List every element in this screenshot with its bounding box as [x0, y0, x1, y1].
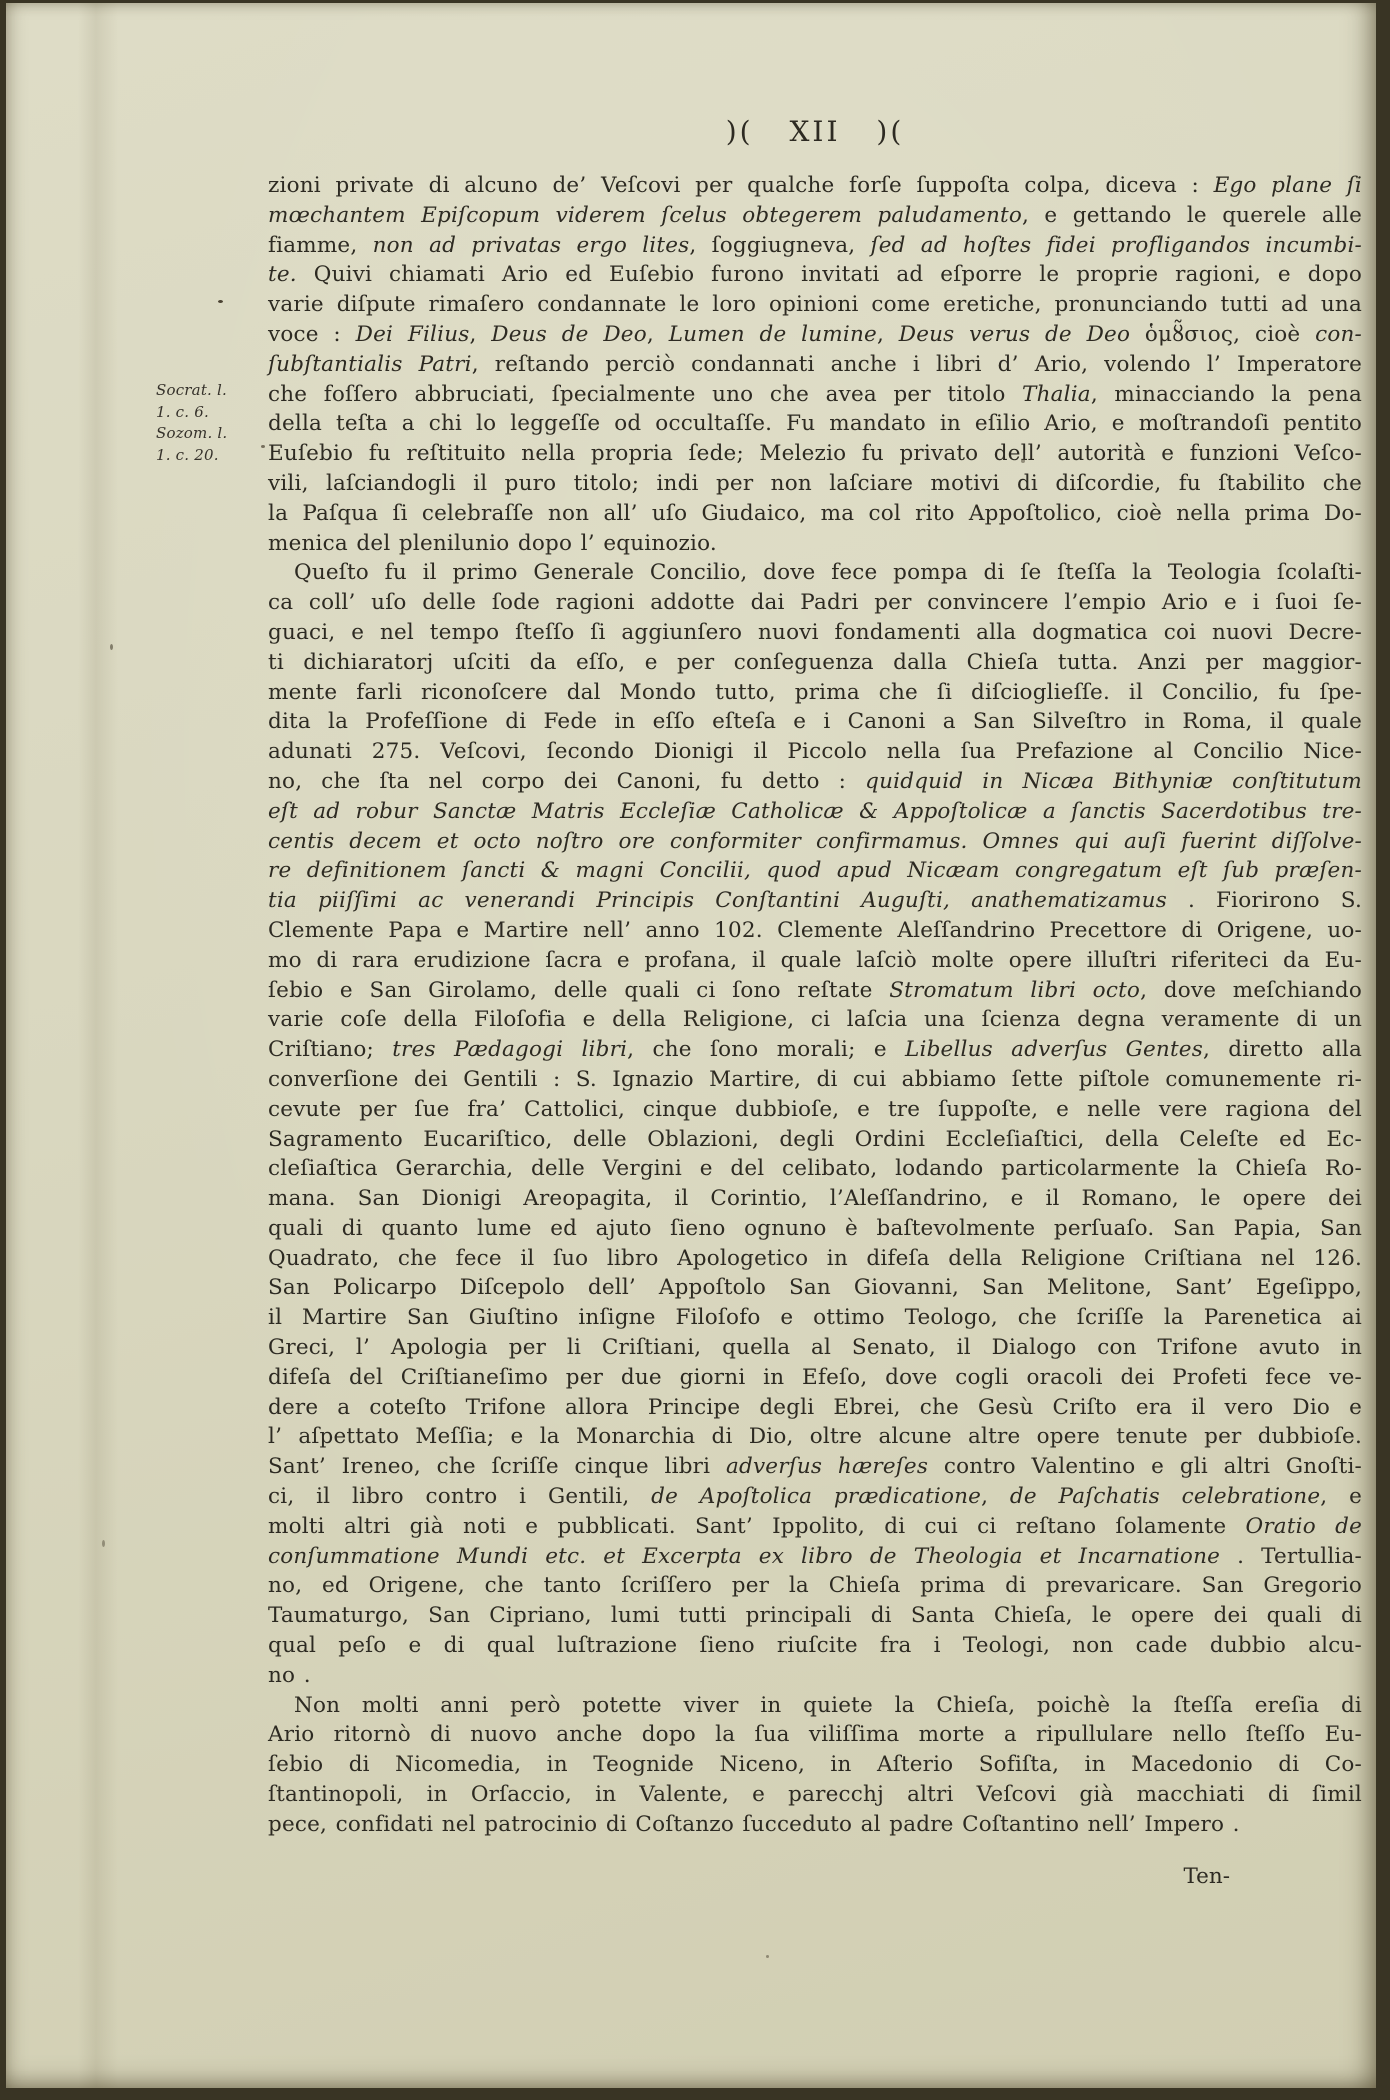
text-line: Criſtiano; tres Pædagogi libri, che ſono… [268, 1035, 1362, 1065]
text-run: no . [268, 1663, 311, 1688]
margin-note-line: Socrat. l. [156, 380, 268, 402]
italic-text-run: de Apoſtolica prædicatione [651, 1484, 981, 1509]
text-run: . Tertullia- [1220, 1544, 1362, 1569]
italic-text-run: ſubſtantialis Patri [268, 352, 472, 377]
italic-text-run: adverſus hæreſes [726, 1454, 928, 1479]
margin-note-line: 1. c. 6. [156, 402, 268, 424]
text-run: , minacciando la pena [1091, 382, 1362, 407]
text-run: ci, il libro contro i Gentili, [268, 1484, 651, 1509]
text-line: l’ aſpettato Meſſia; e la Monarchia di D… [268, 1422, 1362, 1452]
italic-text-run: Oratio de [1246, 1514, 1363, 1539]
text-line: della teſta a chi lo leggeſſe od occulta… [268, 409, 1362, 439]
text-line: vili, laſciandogli il puro titolo; indi … [268, 469, 1362, 499]
italic-text-run: Dei Filius [356, 322, 470, 347]
text-line: Euſebio fu reſtituito nella propria ſede… [268, 439, 1362, 469]
text-run: converſione dei Gentili : S. Ignazio Mar… [268, 1067, 1362, 1092]
text-line: cevute per ſue fra’ Cattolici, cinque du… [268, 1095, 1362, 1125]
text-run: mente farli riconoſcere dal Mondo tutto,… [268, 680, 1362, 705]
text-run: varie diſpute rimaſero condannate le lor… [268, 292, 1362, 317]
text-run: Taumaturgo, San Cipriano, lumi tutti pri… [268, 1603, 1362, 1628]
text-line: Sagramento Eucariſtico, delle Oblazioni,… [268, 1125, 1362, 1155]
text-run: dere a coteſto Trifone allora Principe d… [268, 1395, 1362, 1420]
text-run: adunati 275. Veſcovi, ſecondo Dionigi il… [268, 739, 1362, 764]
text-line: difeſa del Criſtianeſimo per due giorni … [268, 1363, 1362, 1393]
page-gutter-shadow [78, 3, 118, 2088]
ink-speck [110, 644, 113, 650]
text-run: dita la Profeſſione di Fede in eſſo eſte… [268, 709, 1362, 734]
text-run: Non molti anni però potette viver in qui… [294, 1693, 1362, 1718]
text-run: della teſta a chi lo leggeſſe od occulta… [268, 411, 1362, 436]
text-line: ſtantinopoli, in Orſaccio, in Valente, e… [268, 1780, 1362, 1810]
text-run: il Martire San Giuſtino inſigne Filoſofo… [268, 1305, 1362, 1330]
italic-text-run: conſummatione Mundi etc. et Excerpta ex … [268, 1544, 1220, 1569]
text-line: varie coſe della Filoſofia e della Relig… [268, 1005, 1362, 1035]
text-line: conſummatione Mundi etc. et Excerpta ex … [268, 1542, 1362, 1572]
text-run: l’ aſpettato Meſſia; e la Monarchia di D… [268, 1424, 1362, 1449]
text-line: guaci, e nel tempo ſteſſo ſi aggiunſero … [268, 618, 1362, 648]
text-line: mo di rara erudizione ſacra e profana, i… [268, 946, 1362, 976]
text-line: ti dichiaratorj uſciti da eſſo, e per co… [268, 648, 1362, 678]
text-run: voce : [268, 322, 356, 347]
italic-text-run: te. [268, 262, 297, 287]
text-line: no, ed Origene, che tanto ſcriſſero per … [268, 1571, 1362, 1601]
text-line: Taumaturgo, San Cipriano, lumi tutti pri… [268, 1601, 1362, 1631]
text-line: Ario ritornò di nuovo anche dopo la ſua … [268, 1720, 1362, 1750]
text-run: ſebio e San Girolamo, delle quali ci ſon… [268, 978, 889, 1003]
text-line: Queſto fu il primo Generale Concilio, do… [268, 558, 1362, 588]
text-line: quali di quanto lume ed ajuto ſieno ognu… [268, 1214, 1362, 1244]
text-run: , e [1320, 1484, 1362, 1509]
text-line: no . [268, 1661, 1362, 1691]
text-run: Ario ritornò di nuovo anche dopo la ſua … [268, 1722, 1362, 1747]
text-line: mente farli riconoſcere dal Mondo tutto,… [268, 678, 1362, 708]
text-run: pece, confidati nel patrocinio di Coſtan… [268, 1812, 1240, 1837]
text-line: Clemente Papa e Martire nell’ anno 102. … [268, 916, 1362, 946]
text-line: la Paſqua ſi celebraſſe non all’ uſo Giu… [268, 499, 1362, 529]
text-run: difeſa del Criſtianeſimo per due giorni … [268, 1365, 1362, 1390]
text-line: cleſiaſtica Gerarchia, delle Vergini e d… [268, 1154, 1362, 1184]
catchword: Ten- [268, 1864, 1362, 1889]
italic-text-run: Lumen de lumine [669, 322, 877, 347]
italic-text-run: Deus verus de Deo [899, 322, 1130, 347]
text-line: Greci, l’ Apologia per li Criſtiani, que… [268, 1333, 1362, 1363]
text-run: . Fiorirono S. [1167, 888, 1362, 913]
text-run: fiamme, [268, 233, 373, 258]
text-run: , che ſono morali; e [627, 1037, 905, 1062]
text-run: , dove meſchiando [1140, 978, 1362, 1003]
text-line: centis decem et octo noſtro ore conformi… [268, 827, 1362, 857]
text-run: , e gettando le querele alle [1022, 203, 1362, 228]
text-run: Quadrato, che fece il ſuo libro Apologet… [268, 1246, 1362, 1271]
italic-text-run: non ad privatas ergo lites [373, 233, 690, 258]
text-run: cevute per ſue fra’ Cattolici, cinque du… [268, 1097, 1362, 1122]
text-run: , [877, 322, 899, 347]
text-line: zioni private di alcuno de’ Veſcovi per … [268, 171, 1362, 201]
text-line: Sant’ Ireneo, che ſcriſſe cinque libri a… [268, 1452, 1362, 1482]
italic-text-run: mœchantem Epiſcopum viderem ſcelus obteg… [268, 203, 1022, 228]
text-line: Quadrato, che fece il ſuo libro Apologet… [268, 1244, 1362, 1274]
text-run: Queſto fu il primo Generale Concilio, do… [294, 560, 1362, 585]
text-line: San Policarpo Diſcepolo dell’ Appoſtolo … [268, 1273, 1362, 1303]
text-run: ὁμȣ̃σιος, cioè [1130, 322, 1315, 347]
text-run: varie coſe della Filoſofia e della Relig… [268, 1007, 1362, 1032]
italic-text-run: quidquid in Nicæa Bithyniæ conſtitutum [865, 769, 1362, 794]
italic-text-run: Stromatum libri octo [889, 978, 1140, 1003]
text-line: te. Quivi chiamati Ario ed Euſebio furon… [268, 260, 1362, 290]
text-line: ci, il libro contro i Gentili, de Apoſto… [268, 1482, 1362, 1512]
text-line: Non molti anni però potette viver in qui… [268, 1691, 1362, 1721]
main-text-block: zioni private di alcuno de’ Veſcovi per … [268, 171, 1362, 1840]
text-line: mana. San Dionigi Areopagita, il Corinti… [268, 1184, 1362, 1214]
text-line: adunati 275. Veſcovi, ſecondo Dionigi il… [268, 737, 1362, 767]
ink-speck [766, 1955, 769, 1958]
text-run: Criſtiano; [268, 1037, 392, 1062]
margin-citation-notes: Socrat. l. 1. c. 6. Sozom. l. 1. c. 20. [156, 380, 268, 466]
text-run: , ſoggiugneva, [689, 233, 870, 258]
italic-text-run: de Paſchatis celebratione [1010, 1484, 1320, 1509]
text-run: Sant’ Ireneo, che ſcriſſe cinque libri [268, 1454, 726, 1479]
text-line: mœchantem Epiſcopum viderem ſcelus obteg… [268, 201, 1362, 231]
italic-text-run: eſt ad robur Sanctæ Matris Eccleſiæ Cath… [268, 799, 1362, 824]
text-line: ſebio di Nicomedia, in Teognide Niceno, … [268, 1750, 1362, 1780]
margin-note-line: Sozom. l. [156, 423, 268, 445]
italic-text-run: Libellus adverſus Gentes [905, 1037, 1203, 1062]
text-run: mana. San Dionigi Areopagita, il Corinti… [268, 1186, 1362, 1211]
text-line: fiamme, non ad privatas ergo lites, ſogg… [268, 231, 1362, 261]
text-line: tia piiſſimi ac venerandi Principis Conſ… [268, 886, 1362, 916]
ink-speck [102, 1540, 105, 1547]
text-run: molti altri già noti e pubblicati. Sant’… [268, 1514, 1246, 1539]
italic-text-run: Thalia [1022, 382, 1091, 407]
scanned-book-page: { "page": { "header": ")( XII )(", "catc… [0, 0, 1390, 2100]
text-line: voce : Dei Filius, Deus de Deo, Lumen de… [268, 320, 1362, 350]
text-line: varie diſpute rimaſero condannate le lor… [268, 290, 1362, 320]
italic-text-run: ſed ad hoſtes fidei profligandos incumbi… [871, 233, 1362, 258]
italic-text-run: Deus de Deo [491, 322, 647, 347]
page-number-header: )( XII )( [268, 115, 1362, 148]
text-run: Clemente Papa e Martire nell’ anno 102. … [268, 918, 1362, 943]
italic-text-run: re definitionem ſancti & magni Concilii,… [268, 858, 1362, 883]
text-line: qual peſo e di qual luſtrazione ſieno ri… [268, 1631, 1362, 1661]
text-run: la Paſqua ſi celebraſſe non all’ uſo Giu… [268, 501, 1362, 526]
text-run: , [469, 322, 491, 347]
italic-text-run: tia piiſſimi ac venerandi Principis Conſ… [268, 888, 1167, 913]
text-run: zioni private di alcuno de’ Veſcovi per … [268, 173, 1214, 198]
paragraph: Non molti anni però potette viver in qui… [268, 1691, 1362, 1840]
text-line: ſubſtantialis Patri, reſtando perciò con… [268, 350, 1362, 380]
text-line: menica del plenilunio dopo l’ equinozio. [268, 529, 1362, 559]
ink-speck [218, 300, 223, 303]
book-page: )( XII )( Socrat. l. 1. c. 6. Sozom. l. … [6, 3, 1376, 2088]
text-run: contro Valentino e gli altri Gnoſti- [928, 1454, 1362, 1479]
text-run: , reſtando perciò condannati anche i lib… [472, 352, 1362, 377]
text-run: no, ed Origene, che tanto ſcriſſero per … [268, 1573, 1362, 1598]
text-run: quali di quanto lume ed ajuto ſieno ognu… [268, 1216, 1362, 1241]
text-line: ca coll’ uſo delle ſode ragioni addotte … [268, 588, 1362, 618]
text-run: ſebio di Nicomedia, in Teognide Niceno, … [268, 1752, 1362, 1777]
text-run: Sagramento Eucariſtico, delle Oblazioni,… [268, 1127, 1362, 1152]
italic-text-run: con- [1315, 322, 1362, 347]
text-run: cleſiaſtica Gerarchia, delle Vergini e d… [268, 1156, 1362, 1181]
paragraph: zioni private di alcuno de’ Veſcovi per … [268, 171, 1362, 558]
text-run: , [647, 322, 669, 347]
text-line: ſebio e San Girolamo, delle quali ci ſon… [268, 976, 1362, 1006]
text-run: che foſſero abbruciati, ſpecialmente uno… [268, 382, 1022, 407]
text-line: dita la Profeſſione di Fede in eſſo eſte… [268, 707, 1362, 737]
text-run: San Policarpo Diſcepolo dell’ Appoſtolo … [268, 1275, 1362, 1300]
text-line: no, che ſta nel corpo dei Canoni, fu det… [268, 767, 1362, 797]
text-run: qual peſo e di qual luſtrazione ſieno ri… [268, 1633, 1362, 1658]
paragraph: Queſto fu il primo Generale Concilio, do… [268, 558, 1362, 1690]
margin-note-line: 1. c. 20. [156, 445, 268, 467]
text-line: dere a coteſto Trifone allora Principe d… [268, 1393, 1362, 1423]
text-run: mo di rara erudizione ſacra e profana, i… [268, 948, 1362, 973]
text-run: Euſebio fu reſtituito nella propria ſede… [268, 441, 1362, 466]
italic-text-run: Ego plane ſi [1214, 173, 1362, 198]
text-run: menica del plenilunio dopo l’ equinozio. [268, 531, 717, 556]
text-line: pece, confidati nel patrocinio di Coſtan… [268, 1810, 1362, 1840]
text-run: vili, laſciandogli il puro titolo; indi … [268, 471, 1362, 496]
text-run: ca coll’ uſo delle ſode ragioni addotte … [268, 590, 1362, 615]
text-line: eſt ad robur Sanctæ Matris Eccleſiæ Cath… [268, 797, 1362, 827]
text-run: ti dichiaratorj uſciti da eſſo, e per co… [268, 650, 1362, 675]
text-line: converſione dei Gentili : S. Ignazio Mar… [268, 1065, 1362, 1095]
italic-text-run: tres Pædagogi libri [392, 1037, 627, 1062]
text-line: il Martire San Giuſtino inſigne Filoſofo… [268, 1303, 1362, 1333]
ink-speck [1021, 459, 1025, 463]
text-run: Quivi chiamati Ario ed Euſebio furono in… [297, 262, 1362, 287]
ink-speck [261, 445, 265, 448]
text-line: re definitionem ſancti & magni Concilii,… [268, 856, 1362, 886]
text-line: molti altri già noti e pubblicati. Sant’… [268, 1512, 1362, 1542]
italic-text-run: centis decem et octo noſtro ore conformi… [268, 829, 1362, 854]
text-line: che foſſero abbruciati, ſpecialmente uno… [268, 380, 1362, 410]
text-run: Greci, l’ Apologia per li Criſtiani, que… [268, 1335, 1362, 1360]
text-run: no, che ſta nel corpo dei Canoni, fu det… [268, 769, 865, 794]
text-run: ſtantinopoli, in Orſaccio, in Valente, e… [268, 1782, 1362, 1807]
text-run: , [981, 1484, 1010, 1509]
text-run: , diretto alla [1203, 1037, 1362, 1062]
text-run: guaci, e nel tempo ſteſſo ſi aggiunſero … [268, 620, 1362, 645]
